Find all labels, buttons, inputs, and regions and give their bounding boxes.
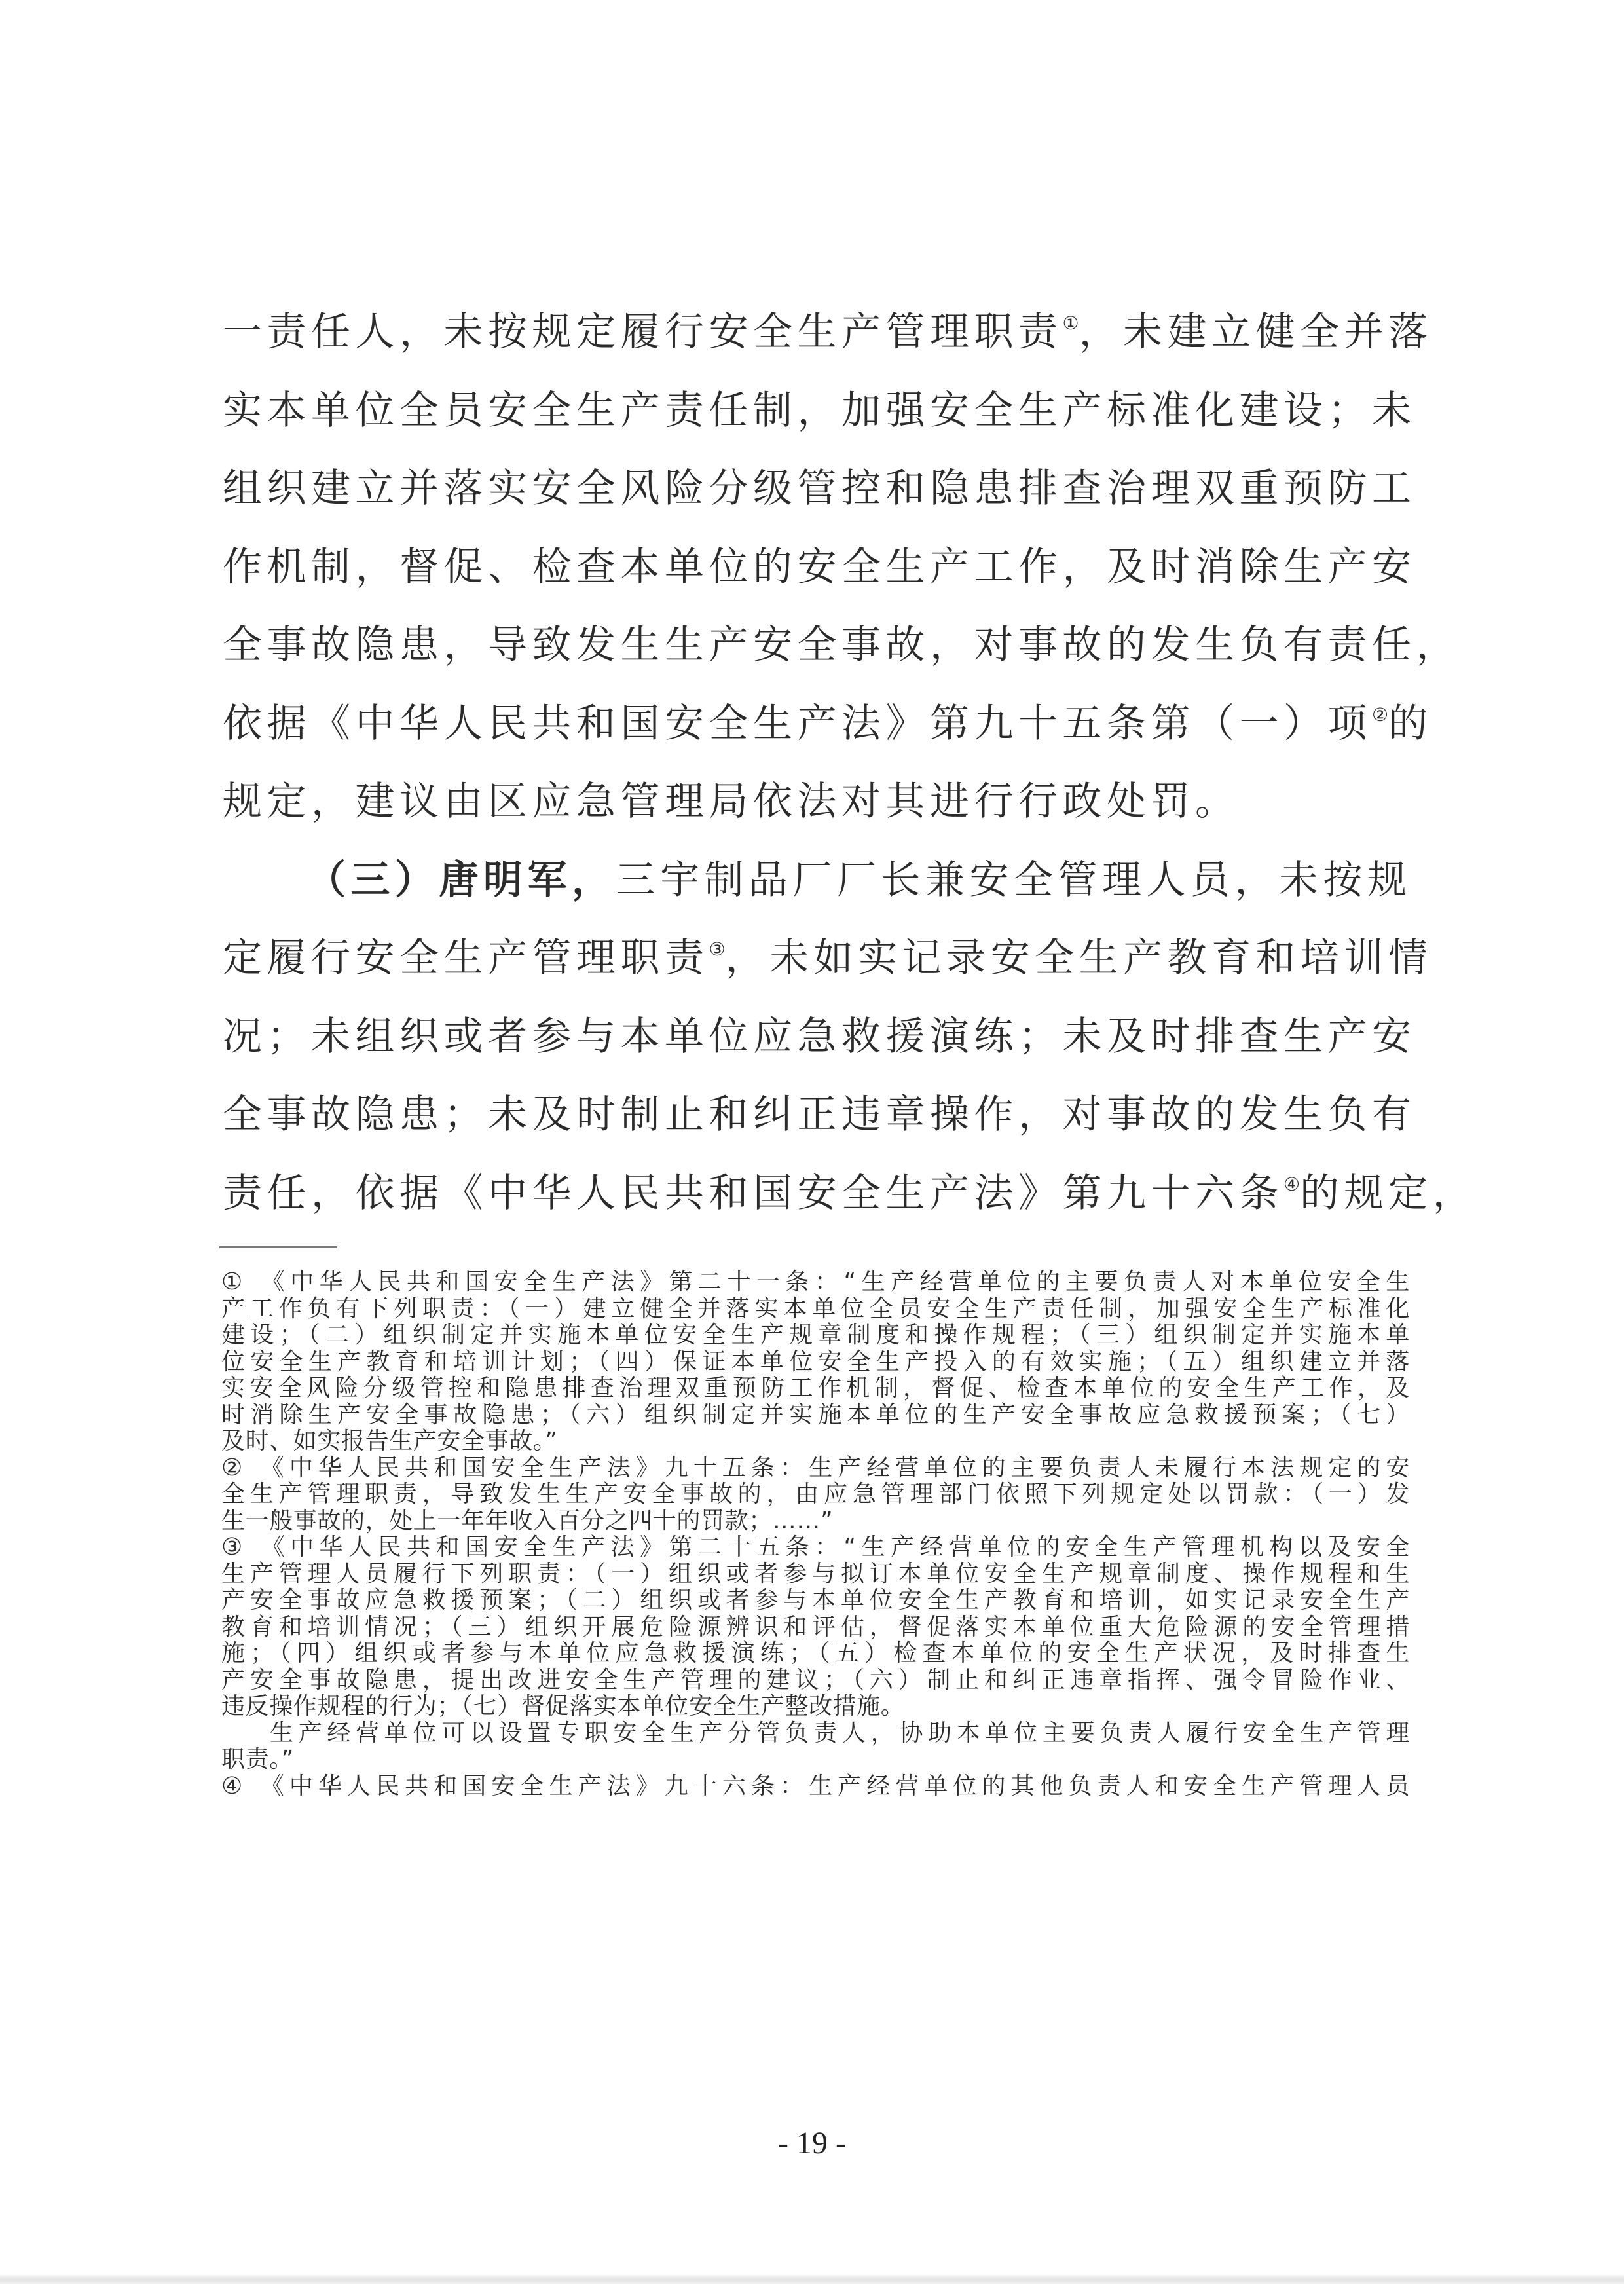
footnote-separator (219, 1246, 337, 1248)
document-page: 一责任人，未按规定履行安全生产管理职责①，未建立健全并落 实本单位全员安全生产责… (0, 0, 1624, 2296)
footnote-line: ④ 《中华人民共和国安全生产法》九十六条：生产经营单位的其他负责人和安全生产管理… (221, 1773, 1410, 1800)
footnote-line: 施；（四）组织或者参与本单位应急救援演练；（五）检查本单位的安全生产状况，及时排… (221, 1640, 1410, 1667)
scan-edge-band (0, 2275, 1624, 2284)
footnote-line: 产安全事故隐患，提出改进安全生产管理的建议；（六）制止和纠正违章指挥、强令冒险作… (221, 1667, 1410, 1694)
body-line: （三）唐明军，三宇制品厂厂长兼安全管理人员，未按规 (223, 842, 1411, 920)
paragraph-2: （三）唐明军，三宇制品厂厂长兼安全管理人员，未按规 定履行安全生产管理职责③，未… (223, 842, 1411, 1233)
body-line: 定履行安全生产管理职责③，未如实记录安全生产教育和培训情 (223, 919, 1411, 998)
body-line: 况；未组织或者参与本单位应急救援演练；未及时排查生产安 (223, 998, 1411, 1077)
footnote-line: 教育和培训情况；（三）组织开展危险源辨识和评估，督促落实本单位重大危险源的安全管… (221, 1614, 1410, 1641)
footnote-line: 位安全生产教育和培训计划；（四）保证本单位安全生产投入的有效实施；（五）组织建立… (221, 1349, 1410, 1376)
footnote-line: 生一般事故的，处上一年年收入百分之四十的罚款；……” (221, 1508, 1410, 1535)
footnote-line: 产工作负有下列职责：（一）建立健全并落实本单位全员安全生产责任制，加强安全生产标… (221, 1296, 1410, 1323)
body-line: 组织建立并落实安全风险分级管控和隐患排查治理双重预防工 (223, 450, 1411, 528)
footnote-ref-1[interactable]: ① (1063, 312, 1079, 334)
footnote-ref-2[interactable]: ② (1372, 704, 1388, 726)
body-line: 责任，依据《中华人民共和国安全生产法》第九十六条④的规定， (223, 1155, 1411, 1233)
body-line: 规定，建议由区应急管理局依法对其进行行政处罚。 (223, 763, 1411, 842)
body-text: 一责任人，未按规定履行安全生产管理职责①，未建立健全并落 实本单位全员安全生产责… (223, 293, 1411, 1232)
footnote-line: 及时、如实报告生产安全事故。” (221, 1428, 1410, 1455)
footnotes: ① 《中华人民共和国安全生产法》第二十一条：“生产经营单位的主要负责人对本单位安… (221, 1269, 1410, 1800)
paragraph-1: 一责任人，未按规定履行安全生产管理职责①，未建立健全并落 实本单位全员安全生产责… (223, 293, 1411, 842)
footnote-line: 职责。” (221, 1747, 1410, 1773)
footnote-line: ① 《中华人民共和国安全生产法》第二十一条：“生产经营单位的主要负责人对本单位安… (221, 1269, 1410, 1296)
body-line: 实本单位全员安全生产责任制，加强安全生产标准化建设；未 (223, 372, 1411, 451)
footnote-line: ② 《中华人民共和国安全生产法》九十五条：生产经营单位的主要负责人未履行本法规定… (221, 1455, 1410, 1482)
footnote-line: 产安全事故应急救援预案；（二）组织或者参与本单位安全生产教育和培训，如实记录安全… (221, 1587, 1410, 1614)
footnote-line: 实安全风险分级管控和隐患排查治理双重预防工作机制，督促、检查本单位的安全生产工作… (221, 1375, 1410, 1402)
footnote-line: 时消除生产安全事故隐患；（六）组织制定并实施本单位的生产安全事故应急救援预案；（… (221, 1402, 1410, 1429)
footnote-line: 建设；（二）组织制定并实施本单位安全生产规章制度和操作规程；（三）组织制定并实施… (221, 1322, 1410, 1349)
footnote-line: 全生产管理职责，导致发生生产安全事故的，由应急管理部门依照下列规定处以罚款：（一… (221, 1481, 1410, 1508)
footnote-line: 违反操作规程的行为；（七）督促落实本单位安全生产整改措施。 (221, 1694, 1410, 1720)
footnote-ref-3[interactable]: ③ (709, 938, 726, 960)
page-number: - 19 - (0, 2125, 1624, 2161)
footnote-line: ③ 《中华人民共和国安全生产法》第二十五条：“生产经营单位的安全生产管理机构以及… (221, 1534, 1410, 1561)
body-line: 一责任人，未按规定履行安全生产管理职责①，未建立健全并落 (223, 293, 1411, 372)
body-line: 全事故隐患，导致发生生产安全事故，对事故的发生负有责任， (223, 606, 1411, 685)
footnote-1: ① 《中华人民共和国安全生产法》第二十一条：“生产经营单位的主要负责人对本单位安… (221, 1269, 1410, 1455)
footnote-2: ② 《中华人民共和国安全生产法》九十五条：生产经营单位的主要负责人未履行本法规定… (221, 1455, 1410, 1535)
footnote-4: ④ 《中华人民共和国安全生产法》九十六条：生产经营单位的其他负责人和安全生产管理… (221, 1773, 1410, 1800)
section-heading: （三）唐明军， (306, 857, 616, 903)
footnote-3: ③ 《中华人民共和国安全生产法》第二十五条：“生产经营单位的安全生产管理机构以及… (221, 1534, 1410, 1773)
footnote-line: 生产管理人员履行下列职责：（一）组织或者参与拟订本单位安全生产规章制度、操作规程… (221, 1561, 1410, 1588)
body-line: 作机制，督促、检查本单位的安全生产工作，及时消除生产安 (223, 528, 1411, 607)
body-line: 全事故隐患；未及时制止和纠正违章操作，对事故的发生负有 (223, 1076, 1411, 1155)
footnote-line: 生产经营单位可以设置专职安全生产分管负责人，协助本单位主要负责人履行安全生产管理 (221, 1720, 1410, 1747)
body-line: 依据《中华人民共和国安全生产法》第九十五条第（一）项②的 (223, 685, 1411, 764)
footnote-ref-4[interactable]: ④ (1283, 1174, 1300, 1195)
